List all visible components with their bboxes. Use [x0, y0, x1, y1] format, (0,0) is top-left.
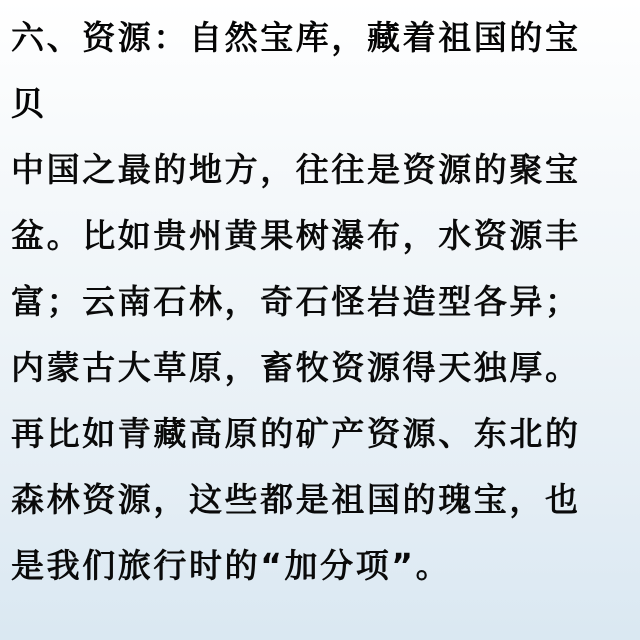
section-body: 中国之最的地方，往往是资源的聚宝 盆。比如贵州黄果树瀑布，水资源丰 富；云南石林…: [11, 144, 631, 606]
body-line-5: 再比如青藏高原的矿产资源、东北的: [11, 408, 631, 474]
body-line-6: 森林资源，这些都是祖国的瑰宝，也: [11, 474, 631, 540]
body-line-7: 是我们旅行时的“加分项”。: [11, 540, 631, 606]
section-heading: 六、资源：自然宝库，藏着祖国的宝 贝: [11, 12, 631, 144]
article-text: 六、资源：自然宝库，藏着祖国的宝 贝 中国之最的地方，往往是资源的聚宝 盆。比如…: [11, 12, 631, 606]
heading-line-1: 六、资源：自然宝库，藏着祖国的宝: [11, 12, 631, 78]
article-page: 六、资源：自然宝库，藏着祖国的宝 贝 中国之最的地方，往往是资源的聚宝 盆。比如…: [0, 0, 640, 640]
heading-line-2: 贝: [11, 78, 631, 144]
body-line-1: 中国之最的地方，往往是资源的聚宝: [11, 144, 631, 210]
body-line-3: 富；云南石林，奇石怪岩造型各异；: [11, 276, 631, 342]
body-line-2: 盆。比如贵州黄果树瀑布，水资源丰: [11, 210, 631, 276]
body-line-4: 内蒙古大草原，畜牧资源得天独厚。: [11, 342, 631, 408]
